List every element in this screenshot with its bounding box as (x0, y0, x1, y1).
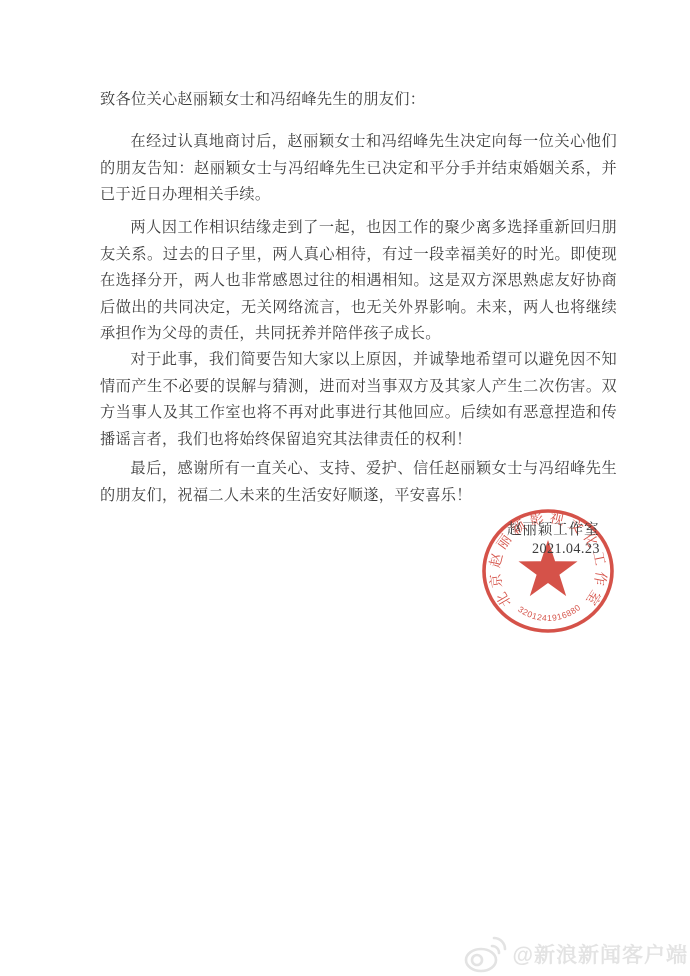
signature-date: 2021.04.23 (532, 541, 600, 558)
paragraph-1: 在经过认真地商讨后，赵丽颖女士和冯绍峰先生决定向每一位关心他们的朋友告知：赵丽颖… (100, 129, 617, 209)
seal-serial-number: 3201241916880 (516, 602, 582, 623)
scanned-announcement-page: 致各位关心赵丽颖女士和冯绍峰先生的朋友们： 在经过认真地商讨后，赵丽颖女士和冯绍… (0, 0, 690, 976)
paragraph-3: 对于此事，我们简要告知大家以上原因，并诚挚地希望可以避免因不知情而产生不必要的误… (100, 347, 617, 453)
watermark-text: @新浪新闻客户端 (513, 939, 688, 969)
paragraph-2: 两人因工作相识结缘走到了一起，也因工作的聚少离多选择重新回归朋友关系。过去的日子… (100, 215, 617, 348)
salutation-line: 致各位关心赵丽颖女士和冯绍峰先生的朋友们： (100, 87, 617, 114)
paragraph-4: 最后，感谢所有一直关心、支持、爱护、信任赵丽颖女士与冯绍峰先生的朋友们，祝福二人… (100, 456, 617, 509)
sina-news-watermark: @新浪新闻客户端 (463, 934, 688, 974)
weibo-icon (463, 934, 507, 974)
signature-studio-name: 赵丽颖工作室 (507, 518, 599, 539)
